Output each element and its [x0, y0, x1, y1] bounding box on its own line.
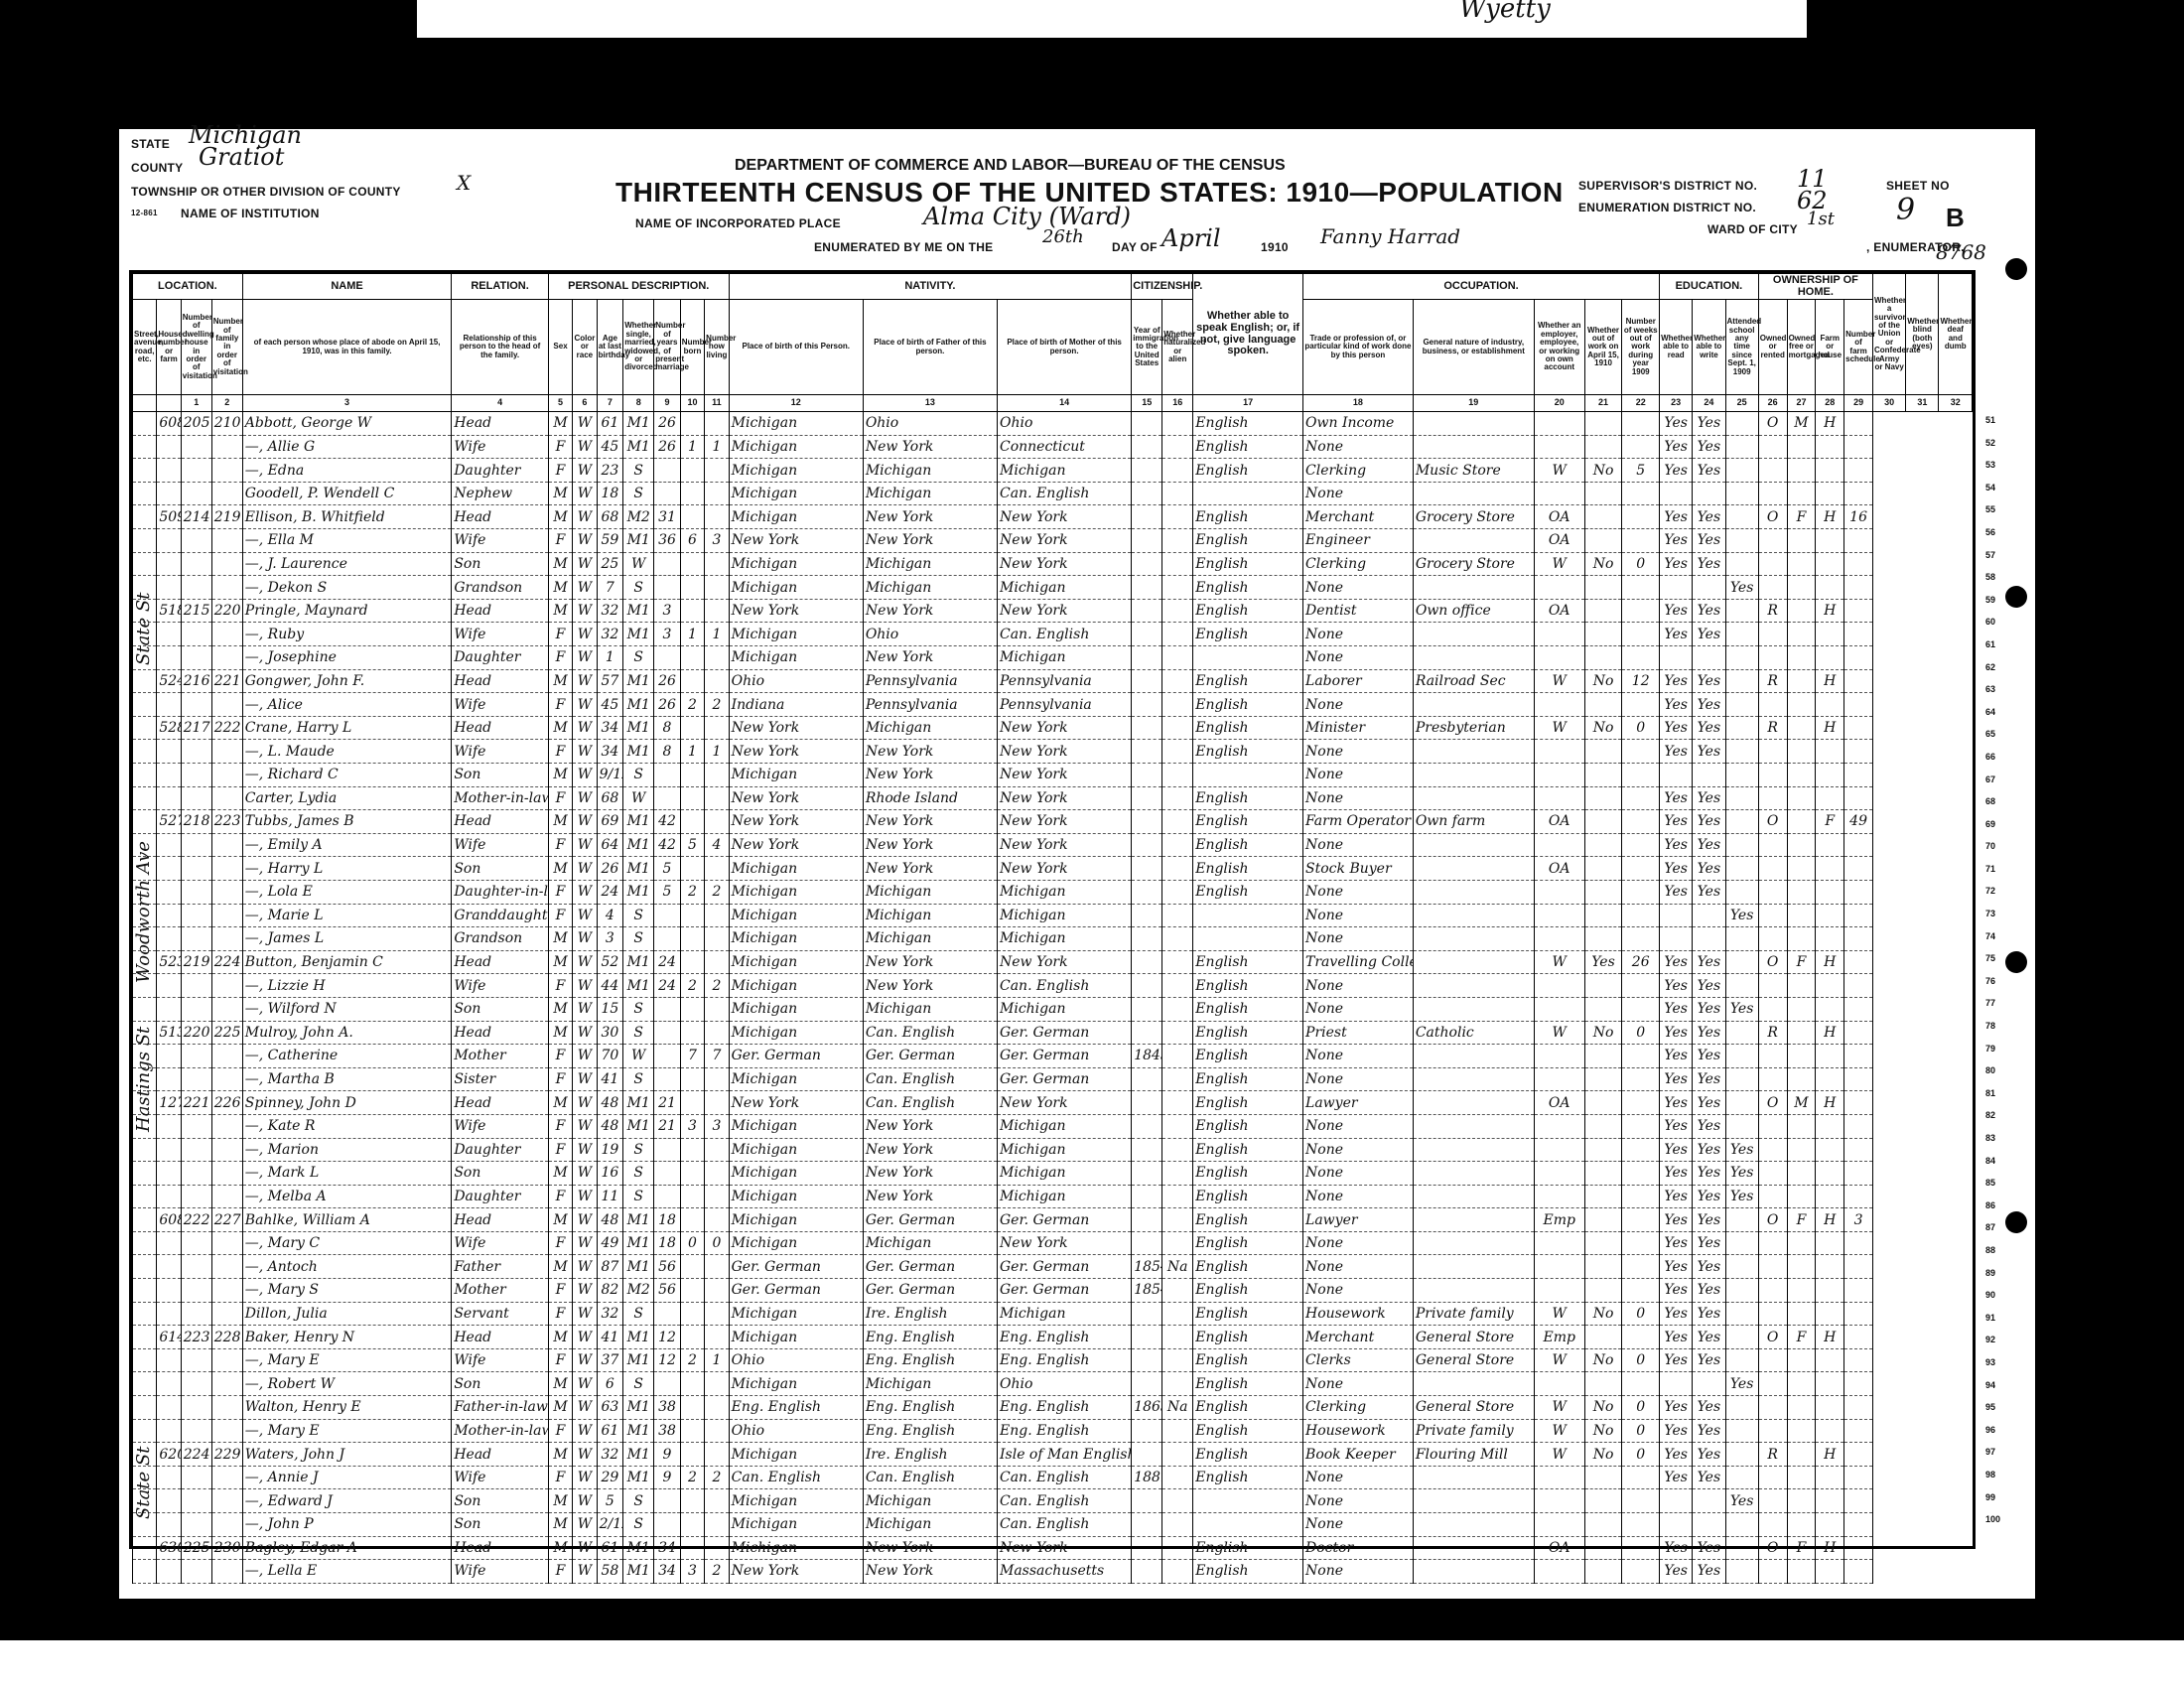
- immig-cell: [1132, 1021, 1162, 1045]
- house-cell: [157, 552, 181, 576]
- mort-cell: [1787, 904, 1816, 927]
- weeks-cell: [1622, 1162, 1660, 1186]
- table-row: —, Martha BSisterFW41SMichiganCan. Engli…: [133, 1067, 1973, 1091]
- write-cell: Yes: [1693, 1114, 1725, 1138]
- emp-cell: [1534, 1231, 1584, 1255]
- mort-cell: [1787, 1560, 1816, 1584]
- pob-father-cell: Ohio: [863, 623, 997, 646]
- weeks-cell: [1622, 1560, 1660, 1584]
- read-cell: [1660, 1489, 1693, 1513]
- sex-cell: M: [548, 1372, 572, 1396]
- sex-cell: M: [548, 1162, 572, 1186]
- age-cell: 48: [597, 1091, 623, 1115]
- school-cell: [1725, 786, 1758, 810]
- house-cell: [157, 833, 181, 857]
- years-cell: [654, 1302, 681, 1326]
- sex-cell: M: [548, 1208, 572, 1232]
- pob-father-cell: New York: [863, 1185, 997, 1208]
- name-cell: —, Mary E: [242, 1419, 452, 1443]
- school-cell: [1725, 974, 1758, 998]
- trade-cell: None: [1303, 1255, 1414, 1279]
- marital-cell: M1: [623, 1466, 654, 1489]
- age-cell: 61: [597, 412, 623, 436]
- write-cell: Yes: [1693, 599, 1725, 623]
- pob-father-cell: Ire. English: [863, 1443, 997, 1467]
- relation-cell: Nephew: [452, 482, 549, 505]
- outwork-cell: [1584, 904, 1622, 927]
- emp-cell: [1534, 1162, 1584, 1186]
- family-cell: [211, 786, 242, 810]
- relation-cell: Son: [452, 1372, 549, 1396]
- farm-cell: [1816, 1560, 1844, 1584]
- pob-mother-cell: New York: [998, 529, 1132, 553]
- sex-cell: M: [548, 1536, 572, 1560]
- sex-cell: F: [548, 459, 572, 483]
- line-number: 63: [1985, 678, 2015, 701]
- form-code: 12-861: [131, 209, 158, 217]
- industry-cell: [1413, 576, 1534, 600]
- outwork-cell: [1584, 810, 1622, 834]
- family-cell: [211, 764, 242, 787]
- family-cell: [211, 1348, 242, 1372]
- pob-mother-cell: New York: [998, 740, 1132, 764]
- street-cell: [133, 1138, 157, 1162]
- emp-cell: [1534, 623, 1584, 646]
- dwelling-cell: 216: [181, 669, 211, 693]
- trade-cell: None: [1303, 786, 1414, 810]
- name-cell: Crane, Harry L: [242, 716, 452, 740]
- nat-cell: [1162, 1067, 1193, 1091]
- born-cell: [680, 810, 704, 834]
- years-cell: [654, 1021, 681, 1045]
- farm-cell: [1816, 857, 1844, 881]
- dwelling-cell: 217: [181, 716, 211, 740]
- family-cell: [211, 1067, 242, 1091]
- industry-cell: [1413, 857, 1534, 881]
- born-cell: 2: [680, 1348, 704, 1372]
- dwelling-cell: [181, 1396, 211, 1420]
- living-cell: 7: [705, 1045, 729, 1068]
- family-cell: [211, 1185, 242, 1208]
- read-cell: [1660, 1372, 1693, 1396]
- english-cell: English: [1193, 669, 1303, 693]
- pob-cell: Ohio: [729, 1419, 863, 1443]
- pob-cell: New York: [729, 833, 863, 857]
- name-cell: —, Harry L: [242, 857, 452, 881]
- school-cell: Yes: [1725, 1489, 1758, 1513]
- relation-cell: Servant: [452, 1302, 549, 1326]
- race-cell: W: [573, 669, 597, 693]
- table-row: —, John PSonMW2/12SMichiganMichiganCan. …: [133, 1513, 1973, 1537]
- immig-cell: [1132, 693, 1162, 717]
- table-row: —, Kate RWifeFW48M12133MichiganNew YorkM…: [133, 1114, 1973, 1138]
- write-cell: Yes: [1693, 1536, 1725, 1560]
- place-label: NAME OF INCORPORATED PLACE: [635, 216, 841, 230]
- sex-cell: F: [548, 904, 572, 927]
- read-cell: Yes: [1660, 599, 1693, 623]
- trade-cell: None: [1303, 1466, 1414, 1489]
- industry-cell: Flouring Mill: [1413, 1443, 1534, 1467]
- immig-cell: 1881: [1132, 1466, 1162, 1489]
- school-cell: [1725, 669, 1758, 693]
- name-cell: —, John P: [242, 1513, 452, 1537]
- relation-cell: Mother: [452, 1279, 549, 1303]
- house-cell: [157, 1489, 181, 1513]
- dwelling-cell: [181, 1185, 211, 1208]
- pob-person-col: Place of birth of this Person.: [729, 300, 863, 395]
- emp-cell: [1534, 1138, 1584, 1162]
- age-cell: 11: [597, 1185, 623, 1208]
- family-cell: [211, 740, 242, 764]
- school-cell: [1725, 1302, 1758, 1326]
- sched-cell: [1844, 435, 1873, 459]
- house-cell: [157, 740, 181, 764]
- enumerated-month: April: [1161, 224, 1221, 252]
- nat-cell: [1162, 1045, 1193, 1068]
- years-cell: 12: [654, 1348, 681, 1372]
- living-cell: [705, 1536, 729, 1560]
- sched-cell: [1844, 646, 1873, 670]
- nat-cell: [1162, 1091, 1193, 1115]
- street-cell: [133, 716, 157, 740]
- nat-cell: [1162, 482, 1193, 505]
- line-number: 93: [1985, 1351, 2015, 1374]
- pob-cell: Michigan: [729, 857, 863, 881]
- age-cell: 18: [597, 482, 623, 505]
- immig-cell: [1132, 1489, 1162, 1513]
- line-number: 60: [1985, 611, 2015, 633]
- immig-cell: [1132, 786, 1162, 810]
- years-cell: 26: [654, 412, 681, 436]
- family-cell: [211, 459, 242, 483]
- race-cell: W: [573, 1536, 597, 1560]
- sheet-number: 9: [1896, 193, 1915, 227]
- mort-cell: [1787, 974, 1816, 998]
- immig-cell: [1132, 880, 1162, 904]
- name-cell: —, Kate R: [242, 1114, 452, 1138]
- farm-cell: [1816, 740, 1844, 764]
- outwork-cell: [1584, 1067, 1622, 1091]
- marital-cell: S: [623, 1162, 654, 1186]
- read-cell: Yes: [1660, 1231, 1693, 1255]
- pob-mother-cell: Pennsylvania: [998, 669, 1132, 693]
- line-number: 77: [1985, 992, 2015, 1015]
- outwork-cell: [1584, 1536, 1622, 1560]
- family-cell: [211, 529, 242, 553]
- marital-cell: M1: [623, 529, 654, 553]
- house-cell: 614: [157, 1326, 181, 1349]
- mort-cell: F: [1787, 1536, 1816, 1560]
- street-cell: [133, 1208, 157, 1232]
- born-cell: 1: [680, 740, 704, 764]
- pob-mother-cell: Michigan: [998, 459, 1132, 483]
- english-cell: English: [1193, 1162, 1303, 1186]
- relation-cell: Daughter-in-law: [452, 880, 549, 904]
- trade-cell: Clerking: [1303, 552, 1414, 576]
- street-cell: [133, 459, 157, 483]
- living-cell: [705, 482, 729, 505]
- owned-cell: [1758, 552, 1787, 576]
- industry-cell: [1413, 833, 1534, 857]
- farm-cell: H: [1816, 1021, 1844, 1045]
- school-cell: [1725, 435, 1758, 459]
- sched-cell: [1844, 623, 1873, 646]
- write-cell: Yes: [1693, 505, 1725, 529]
- name-cell: —, Mary E: [242, 1348, 452, 1372]
- english-cell: [1193, 1489, 1303, 1513]
- line-number: 82: [1985, 1104, 2015, 1127]
- binding-hole: [2005, 586, 2027, 608]
- age-cell: 30: [597, 1021, 623, 1045]
- english-cell: English: [1193, 950, 1303, 974]
- immig-cell: [1132, 1443, 1162, 1467]
- nat-cell: [1162, 974, 1193, 998]
- binding-hole: [2005, 951, 2027, 973]
- age-cell: 58: [597, 1560, 623, 1584]
- owned-cell: [1758, 1138, 1787, 1162]
- trade-cell: None: [1303, 1045, 1414, 1068]
- weeks-cell: [1622, 1231, 1660, 1255]
- weeks-cell: [1622, 623, 1660, 646]
- table-row: —, Lizzie HWifeFW44M12422MichiganNew Yor…: [133, 974, 1973, 998]
- sched-cell: [1844, 599, 1873, 623]
- read-cell: Yes: [1660, 412, 1693, 436]
- trade-cell: Farm Operator: [1303, 810, 1414, 834]
- relation-cell: Wife: [452, 740, 549, 764]
- years-cell: 56: [654, 1255, 681, 1279]
- living-cell: 1: [705, 623, 729, 646]
- pob-cell: Michigan: [729, 1231, 863, 1255]
- industry-cell: [1413, 1067, 1534, 1091]
- industry-cell: [1413, 764, 1534, 787]
- race-cell: W: [573, 576, 597, 600]
- years-cell: 8: [654, 716, 681, 740]
- name-note: of each person whose place of abode on A…: [242, 300, 452, 395]
- pob-father-cell: Ger. German: [863, 1208, 997, 1232]
- years-cell: 38: [654, 1396, 681, 1420]
- pob-mother-cell: New York: [998, 810, 1132, 834]
- nat-cell: [1162, 599, 1193, 623]
- pob-cell: Ger. German: [729, 1045, 863, 1068]
- blind-header: Whether blind (both eyes): [1906, 274, 1939, 395]
- pob-mother-cell: Ohio: [998, 412, 1132, 436]
- write-cell: [1693, 1489, 1725, 1513]
- outwork-cell: [1584, 1208, 1622, 1232]
- relation-cell: Head: [452, 950, 549, 974]
- industry-cell: Music Store: [1413, 459, 1534, 483]
- nat-cell: [1162, 505, 1193, 529]
- immig-cell: [1132, 904, 1162, 927]
- line-number: 62: [1985, 656, 2015, 679]
- school-cell: [1725, 623, 1758, 646]
- nat-cell: [1162, 927, 1193, 951]
- industry-cell: [1413, 974, 1534, 998]
- pob-father-cell: Pennsylvania: [863, 669, 997, 693]
- write-cell: Yes: [1693, 552, 1725, 576]
- owned-col: Owned or rented: [1758, 300, 1787, 395]
- house-cell: [157, 927, 181, 951]
- english-cell: English: [1193, 716, 1303, 740]
- pob-cell: Michigan: [729, 576, 863, 600]
- industry-cell: Own farm: [1413, 810, 1534, 834]
- industry-col: General nature of industry, business, or…: [1413, 300, 1534, 395]
- nat-cell: [1162, 1279, 1193, 1303]
- years-cell: [654, 459, 681, 483]
- weeks-cell: 5: [1622, 459, 1660, 483]
- outwork-cell: [1584, 1255, 1622, 1279]
- street-cell: [133, 482, 157, 505]
- farm-cell: [1816, 1231, 1844, 1255]
- english-cell: [1193, 904, 1303, 927]
- dwelling-cell: [181, 576, 211, 600]
- table-row: 509214219Ellison, B. WhitfieldHeadMW68M2…: [133, 505, 1973, 529]
- house-cell: 524: [157, 669, 181, 693]
- family-cell: 228: [211, 1326, 242, 1349]
- school-cell: [1725, 482, 1758, 505]
- house-cell: [157, 1372, 181, 1396]
- mort-cell: [1787, 1231, 1816, 1255]
- street-cell: [133, 1231, 157, 1255]
- race-cell: W: [573, 1372, 597, 1396]
- dwelling-cell: [181, 786, 211, 810]
- age-cell: 49: [597, 1231, 623, 1255]
- english-cell: English: [1193, 505, 1303, 529]
- write-cell: Yes: [1693, 412, 1725, 436]
- pob-cell: Michigan: [729, 459, 863, 483]
- living-cell: [705, 646, 729, 670]
- read-cell: Yes: [1660, 786, 1693, 810]
- school-cell: [1725, 880, 1758, 904]
- living-cell: [705, 904, 729, 927]
- born-cell: [680, 764, 704, 787]
- emp-cell: [1534, 1114, 1584, 1138]
- family-col: Number of family in order of visitation: [211, 300, 242, 395]
- sex-cell: F: [548, 1348, 572, 1372]
- race-cell: W: [573, 786, 597, 810]
- street-cell: [133, 1255, 157, 1279]
- industry-cell: [1413, 693, 1534, 717]
- emp-cell: [1534, 1513, 1584, 1537]
- owned-cell: [1758, 1419, 1787, 1443]
- english-cell: English: [1193, 1279, 1303, 1303]
- owned-cell: [1758, 1560, 1787, 1584]
- owned-cell: R: [1758, 716, 1787, 740]
- house-cell: [157, 1348, 181, 1372]
- age-cell: 34: [597, 740, 623, 764]
- pob-cell: Michigan: [729, 1067, 863, 1091]
- family-cell: [211, 435, 242, 459]
- line-number: 89: [1985, 1262, 2015, 1285]
- pob-cell: Michigan: [729, 482, 863, 505]
- age-cell: 45: [597, 435, 623, 459]
- table-row: Goodell, P. Wendell CNephewMW18SMichigan…: [133, 482, 1973, 505]
- name-cell: Abbott, George W: [242, 412, 452, 436]
- years-cell: 3: [654, 599, 681, 623]
- line-number: 68: [1985, 790, 2015, 813]
- trade-cell: None: [1303, 1279, 1414, 1303]
- relation-cell: Daughter: [452, 459, 549, 483]
- weeks-cell: [1622, 974, 1660, 998]
- street-cell: [133, 1348, 157, 1372]
- table-row: —, Mark LSonMW16SMichiganNew YorkMichiga…: [133, 1162, 1973, 1186]
- name-cell: —, Ella M: [242, 529, 452, 553]
- line-number: 92: [1985, 1329, 2015, 1351]
- born-cell: [680, 1396, 704, 1420]
- family-cell: 229: [211, 1443, 242, 1467]
- trade-cell: None: [1303, 974, 1414, 998]
- line-number: 83: [1985, 1127, 2015, 1150]
- read-cell: Yes: [1660, 623, 1693, 646]
- industry-cell: [1413, 950, 1534, 974]
- age-cell: 32: [597, 623, 623, 646]
- table-row: —, Mary SMotherFW82M256Ger. GermanGer. G…: [133, 1279, 1973, 1303]
- nat-cell: Na: [1162, 1255, 1193, 1279]
- relation-cell: Wife: [452, 974, 549, 998]
- mort-cell: [1787, 880, 1816, 904]
- age-cell: 48: [597, 1114, 623, 1138]
- race-cell: W: [573, 1067, 597, 1091]
- read-cell: Yes: [1660, 1138, 1693, 1162]
- outwork-cell: No: [1584, 716, 1622, 740]
- name-cell: —, Marie L: [242, 904, 452, 927]
- sched-cell: [1844, 1348, 1873, 1372]
- mort-cell: [1787, 1045, 1816, 1068]
- street-cell: [133, 1536, 157, 1560]
- line-number: 98: [1985, 1464, 2015, 1486]
- pob-father-cell: Michigan: [863, 997, 997, 1021]
- age-cell: 57: [597, 669, 623, 693]
- age-cell: 2/12: [597, 1513, 623, 1537]
- relation-cell: Daughter: [452, 646, 549, 670]
- trade-col: Trade or profession of, or particular ki…: [1303, 300, 1414, 395]
- emp-cell: [1534, 1185, 1584, 1208]
- name-cell: —, J. Laurence: [242, 552, 452, 576]
- pob-father-cell: Michigan: [863, 1489, 997, 1513]
- born-cell: [680, 646, 704, 670]
- owned-cell: [1758, 623, 1787, 646]
- pob-cell: Michigan: [729, 1326, 863, 1349]
- owned-cell: [1758, 576, 1787, 600]
- industry-cell: [1413, 1208, 1534, 1232]
- sex-cell: M: [548, 552, 572, 576]
- table-row: —, RubyWifeFW32M1311MichiganOhioCan. Eng…: [133, 623, 1973, 646]
- emp-cell: W: [1534, 950, 1584, 974]
- name-cell: —, Martha B: [242, 1067, 452, 1091]
- trade-cell: Book Keeper: [1303, 1443, 1414, 1467]
- street-label: Woodworth Ave: [133, 841, 154, 983]
- table-row: —, MarionDaughterFW19SMichiganNew YorkMi…: [133, 1138, 1973, 1162]
- table-row: —, AliceWifeFW45M12622IndianaPennsylvani…: [133, 693, 1973, 717]
- farm-cell: [1816, 904, 1844, 927]
- house-cell: [157, 1138, 181, 1162]
- place-value: Alma City (Ward): [923, 203, 1131, 230]
- nat-cell: [1162, 904, 1193, 927]
- relation-cell: Mother-in-law: [452, 786, 549, 810]
- marital-cell: S: [623, 459, 654, 483]
- race-cell: W: [573, 435, 597, 459]
- english-cell: English: [1193, 1185, 1303, 1208]
- sex-cell: F: [548, 974, 572, 998]
- street-cell: [133, 552, 157, 576]
- outwork-cell: No: [1584, 1396, 1622, 1420]
- industry-cell: Railroad Sec: [1413, 669, 1534, 693]
- marital-cell: S: [623, 997, 654, 1021]
- owned-cell: O: [1758, 505, 1787, 529]
- house-cell: [157, 693, 181, 717]
- family-cell: [211, 1560, 242, 1584]
- pob-cell: Michigan: [729, 1536, 863, 1560]
- industry-cell: Catholic: [1413, 1021, 1534, 1045]
